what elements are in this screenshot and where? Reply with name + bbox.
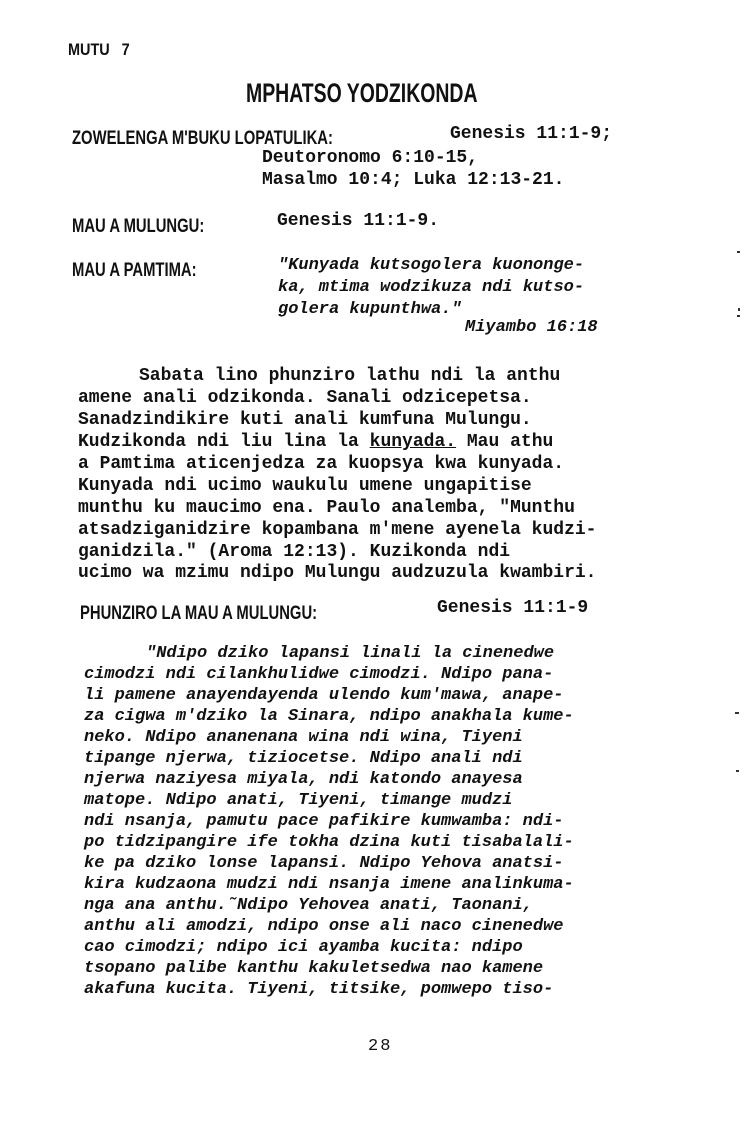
scan-mark [737, 251, 740, 253]
scripture-line: "Ndipo dziko lapansi linali la cinenedwe [146, 644, 554, 663]
page-number: 28 [368, 1037, 392, 1056]
paragraph-line: Sanadzindikire kuti anali kumfuna Mulung… [78, 410, 532, 430]
paragraph-line: amene anali odzikonda. Sanali odzicepets… [78, 388, 532, 408]
scripture-line: nga ana anthu.˜Ndipo Yehovea anati, Taon… [84, 896, 533, 915]
memory-verse-line: "Kunyada kutsogolera kuononge- [278, 256, 584, 275]
word-of-god-ref: Genesis 11:1-9. [277, 211, 439, 231]
scripture-line: neko. Ndipo ananenana wina ndi wina, Tiy… [84, 728, 523, 747]
memory-verse-label: MAU A PAMTIMA: [72, 260, 197, 282]
scripture-line: anthu ali amodzi, ndipo onse ali naco ci… [84, 917, 563, 936]
reading-ref-line: Masalmo 10:4; Luka 12:13-21. [262, 170, 564, 190]
paragraph-line: ucimo wa mzimu ndipo Mulungu audzuzula k… [78, 563, 596, 583]
paragraph-line: atsadziganidzire kopambana m'mene ayenel… [78, 520, 596, 540]
paragraph-line: ganidzila." (Aroma 12:13). Kuzikonda ndi [78, 542, 510, 562]
paragraph-text: Mau athu [456, 432, 553, 452]
word-of-god-label: MAU A MULUNGU: [72, 216, 204, 238]
scripture-line: matope. Ndipo anati, Tiyeni, timange mud… [84, 791, 512, 810]
lesson-label: PHUNZIRO LA MAU A MULUNGU: [80, 603, 317, 625]
memory-verse-citation: Miyambo 16:18 [465, 318, 598, 337]
scripture-line: njerwa naziyesa miyala, ndi katondo anay… [84, 770, 523, 789]
chapter-heading: MUTU7 [68, 40, 130, 60]
reading-ref-line: Deutoronomo 6:10-15, [262, 148, 478, 168]
paragraph-text: Kudzikonda ndi liu lina la [78, 432, 370, 452]
memory-verse-line: golera kupunthwa." [278, 300, 462, 319]
underlined-word: kunyada. [370, 432, 456, 452]
scripture-line: po tidzipangire ife tokha dzina kuti tis… [84, 833, 574, 852]
scripture-line: li pamene anayendayenda ulendo kum'mawa,… [84, 686, 563, 705]
chapter-label: MUTU [68, 40, 110, 59]
paragraph-line: Kunyada ndi ucimo waukulu umene ungapiti… [78, 476, 532, 496]
scripture-line: tipange njerwa, tiziocetse. Ndipo anali … [84, 749, 523, 768]
scan-mark [735, 712, 739, 714]
reading-label: ZOWELENGA M'BUKU LOPATULIKA: [72, 128, 333, 150]
chapter-number: 7 [122, 40, 130, 59]
scripture-line: ke pa dziko lonse lapansi. Ndipo Yehova … [84, 854, 563, 873]
scripture-line: kira kudzaona mudzi ndi nsanja imene ana… [84, 875, 574, 894]
page-title: MPHATSO YODZIKONDA [246, 78, 477, 109]
scan-mark [736, 770, 739, 772]
paragraph-line: Kudzikonda ndi liu lina la kunyada. Mau … [78, 432, 553, 452]
document-page: MUTU7 MPHATSO YODZIKONDA ZOWELENGA M'BUK… [0, 0, 749, 1129]
scripture-line: za cigwa m'dziko la Sinara, ndipo anakha… [84, 707, 574, 726]
scripture-line: akafuna kucita. Tiyeni, titsike, pomwepo… [84, 980, 553, 999]
scripture-line: cao cimodzi; ndipo ici ayamba kucita: nd… [84, 938, 523, 957]
paragraph-line: munthu ku maucimo ena. Paulo analemba, "… [78, 498, 575, 518]
scripture-line: ndi nsanja, pamutu pace pafikire kumwamb… [84, 812, 563, 831]
paragraph-line: Sabata lino phunziro lathu ndi la anthu [139, 366, 560, 386]
scripture-line: tsopano palibe kanthu kakuletsedwa nao k… [84, 959, 543, 978]
reading-ref-line: Genesis 11:1-9; [450, 124, 612, 144]
scan-mark [738, 308, 740, 311]
scan-mark [737, 315, 740, 317]
lesson-ref: Genesis 11:1-9 [437, 598, 588, 618]
paragraph-line: a Pamtima aticenjedza za kuopsya kwa kun… [78, 454, 564, 474]
memory-verse-line: ka, mtima wodzikuza ndi kutso- [278, 278, 584, 297]
scripture-line: cimodzi ndi cilankhulidwe cimodzi. Ndipo… [84, 665, 553, 684]
